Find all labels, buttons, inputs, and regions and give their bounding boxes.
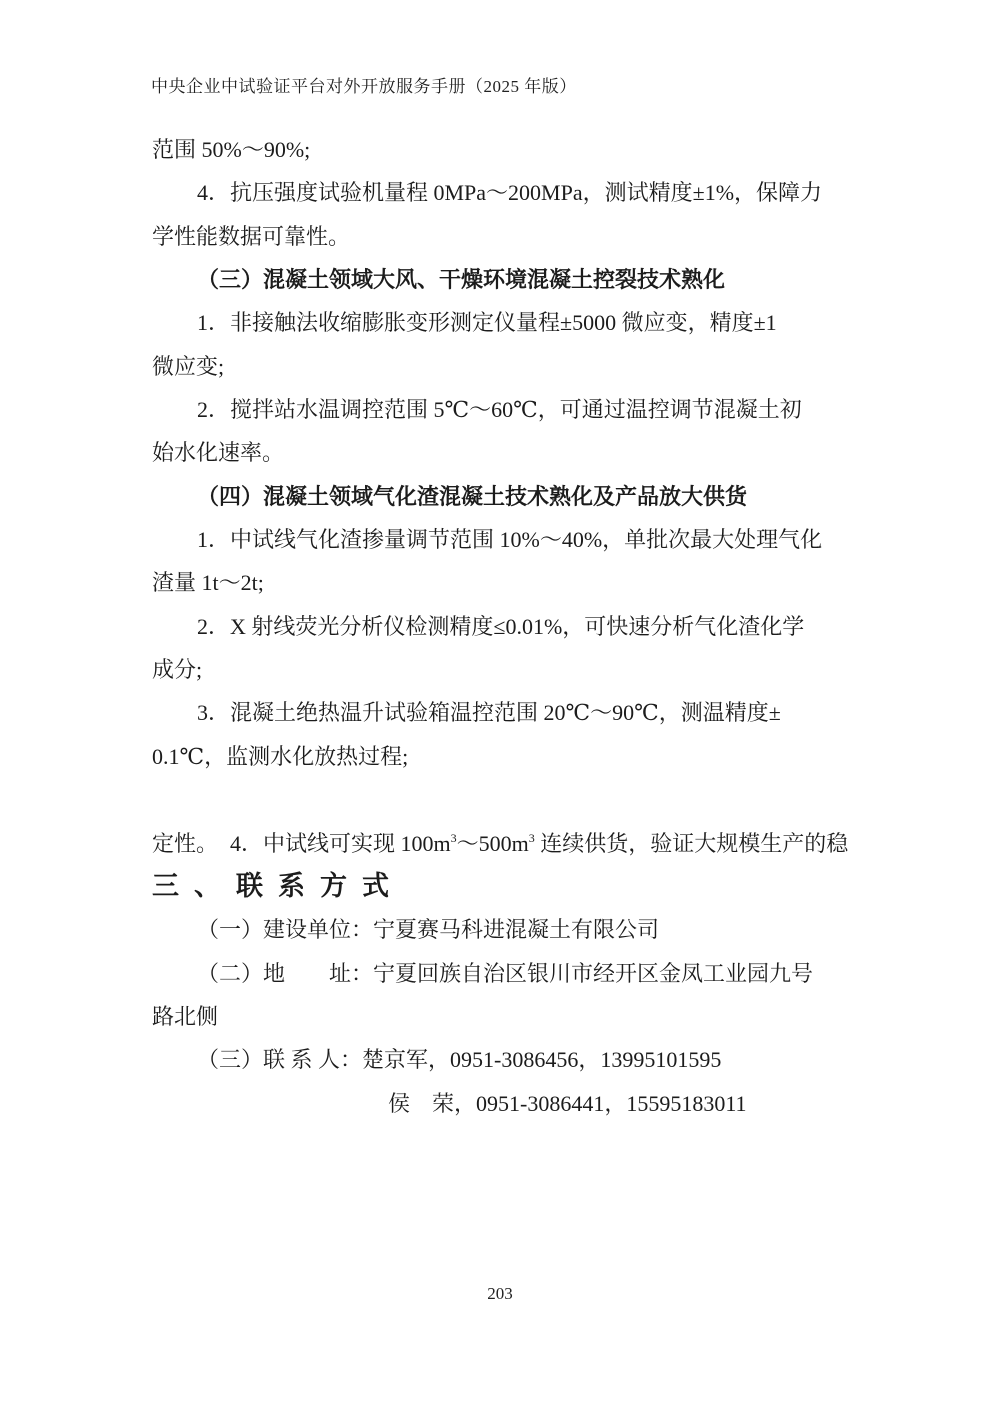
body-line: 3．混凝土绝热温升试验箱温控范围 20℃～90℃，测温精度± [152,691,852,734]
page-body: 范围 50%～90%; 4．抗压强度试验机量程 0MPa～200MPa，测试精度… [152,128,852,1125]
contact-line-person-1: （三）联 系 人：楚京军，0951-3086456，13995101595 [152,1038,852,1081]
contact-line-unit: （一）建设单位：宁夏赛马科进混凝土有限公司 [152,908,852,951]
page-number: 203 [0,1284,1000,1304]
body-line: 1．非接触法收缩膨胀变形测定仪量程±5000 微应变，精度±1 [152,301,852,344]
body-line: 1．中试线气化渣掺量调节范围 10%～40%，单批次最大处理气化 [152,518,852,561]
contact-line-address-continuation: 路北侧 [152,995,852,1038]
body-line-continuation: 微应变; [152,345,852,388]
body-line-continuation: 始水化速率。 [152,431,852,474]
body-line-continuation: 学性能数据可靠性。 [152,215,852,258]
text-segment: 连续供货，验证大规模生产的稳 [535,831,849,856]
body-line-continuation: 渣量 1t～2t; [152,561,852,604]
running-header: 中央企业中试验证平台对外开放服务手册（2025 年版） [151,72,577,97]
body-line-continuation: 0.1℃，监测水化放热过程; [152,735,852,778]
body-line-with-superscript: 4．中试线可实现 100m3～500m3 连续供货，验证大规模生产的稳 [152,778,852,821]
section-heading-contact: 三、联系方式 [152,865,852,908]
body-line: 2．搅拌站水温调控范围 5℃～60℃，可通过温控调节混凝土初 [152,388,852,431]
body-line-continuation: 范围 50%～90%; [152,128,852,171]
contact-line-person-2: 侯 荣，0951-3086441，15595183011 [152,1082,852,1125]
document-page: 中央企业中试验证平台对外开放服务手册（2025 年版） 范围 50%～90%; … [0,0,1000,1414]
text-segment: ～500m [457,831,529,856]
body-line: 2．X 射线荧光分析仪检测精度≤0.01%，可快速分析气化渣化学 [152,605,852,648]
text-segment: 4．中试线可实现 100m [230,831,451,856]
subsection-heading-4: （四）混凝土领域气化渣混凝土技术熟化及产品放大供货 [152,475,852,518]
body-line-continuation: 成分; [152,648,852,691]
subsection-heading-3: （三）混凝土领域大风、干燥环境混凝土控裂技术熟化 [152,258,852,301]
contact-line-address: （二）地 址：宁夏回族自治区银川市经开区金凤工业园九号 [152,952,852,995]
body-line: 4．抗压强度试验机量程 0MPa～200MPa，测试精度±1%，保障力 [152,171,852,214]
